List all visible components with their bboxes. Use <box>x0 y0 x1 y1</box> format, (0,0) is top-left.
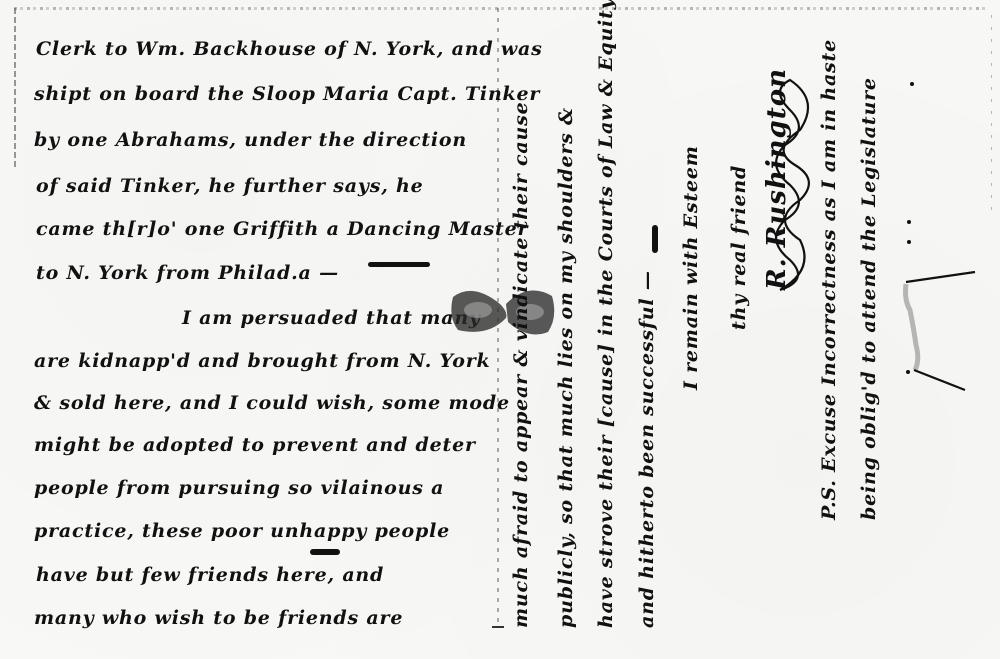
fold-corner-mark <box>492 626 504 628</box>
ink-dot <box>907 220 911 224</box>
postscript-line: being oblig'd to attend the Legislature <box>858 77 880 520</box>
signature: R. Rushington <box>762 68 792 290</box>
ink-dot <box>906 370 910 374</box>
text-line: & sold here, and I could wish, some mode <box>34 392 510 414</box>
text-line: people from pursuing so vilainous a <box>34 477 444 499</box>
rotated-text-line: much afraid to appear & vindicate their … <box>510 101 532 628</box>
text-line: to N. York from Philad.a — <box>36 262 339 284</box>
ink-blot-seal <box>448 282 558 352</box>
closing-line: I remain with Esteem <box>680 145 702 390</box>
rotated-text-line: publicly, so that much lies on my should… <box>555 107 577 628</box>
text-line: Clerk to Wm. Backhouse of N. York, and w… <box>36 38 543 60</box>
struck-out-word <box>310 549 340 555</box>
text-line: practice, these poor unhappy people <box>34 520 450 542</box>
text-line: many who wish to be friends are <box>34 607 403 629</box>
closing-line: thy real friend <box>728 165 750 330</box>
text-line: came th[r]o' one Griffith a Dancing Mast… <box>36 218 528 240</box>
page-right-edge <box>991 15 992 215</box>
text-line: shipt on board the Sloop Maria Capt. Tin… <box>34 83 540 105</box>
manuscript-page: Clerk to Wm. Backhouse of N. York, and w… <box>0 0 1000 659</box>
postscript-line: P.S. Excuse Incorrectness as I am in has… <box>818 39 840 520</box>
text-line: of said Tinker, he further says, he <box>36 175 424 197</box>
ink-dash-mark <box>368 262 430 267</box>
text-line: are kidnapp'd and brought from N. York <box>34 350 491 372</box>
ink-dash-mark <box>652 225 658 253</box>
page-left-edge <box>14 8 16 168</box>
text-line: might be adopted to prevent and deter <box>34 434 476 456</box>
text-line: have but few friends here, and <box>36 564 384 586</box>
rotated-text-line: and hitherto been successful — <box>636 270 658 628</box>
ink-dot <box>910 82 914 86</box>
paragraph-start-line: I am persuaded that many <box>182 307 481 329</box>
page-tear-mark <box>900 270 980 400</box>
rotated-text-line: have strove their [cause] in the Courts … <box>595 0 617 628</box>
text-line: by one Abrahams, under the direction <box>34 129 467 151</box>
torn-top-edge <box>14 7 989 10</box>
ink-dot <box>907 240 911 244</box>
